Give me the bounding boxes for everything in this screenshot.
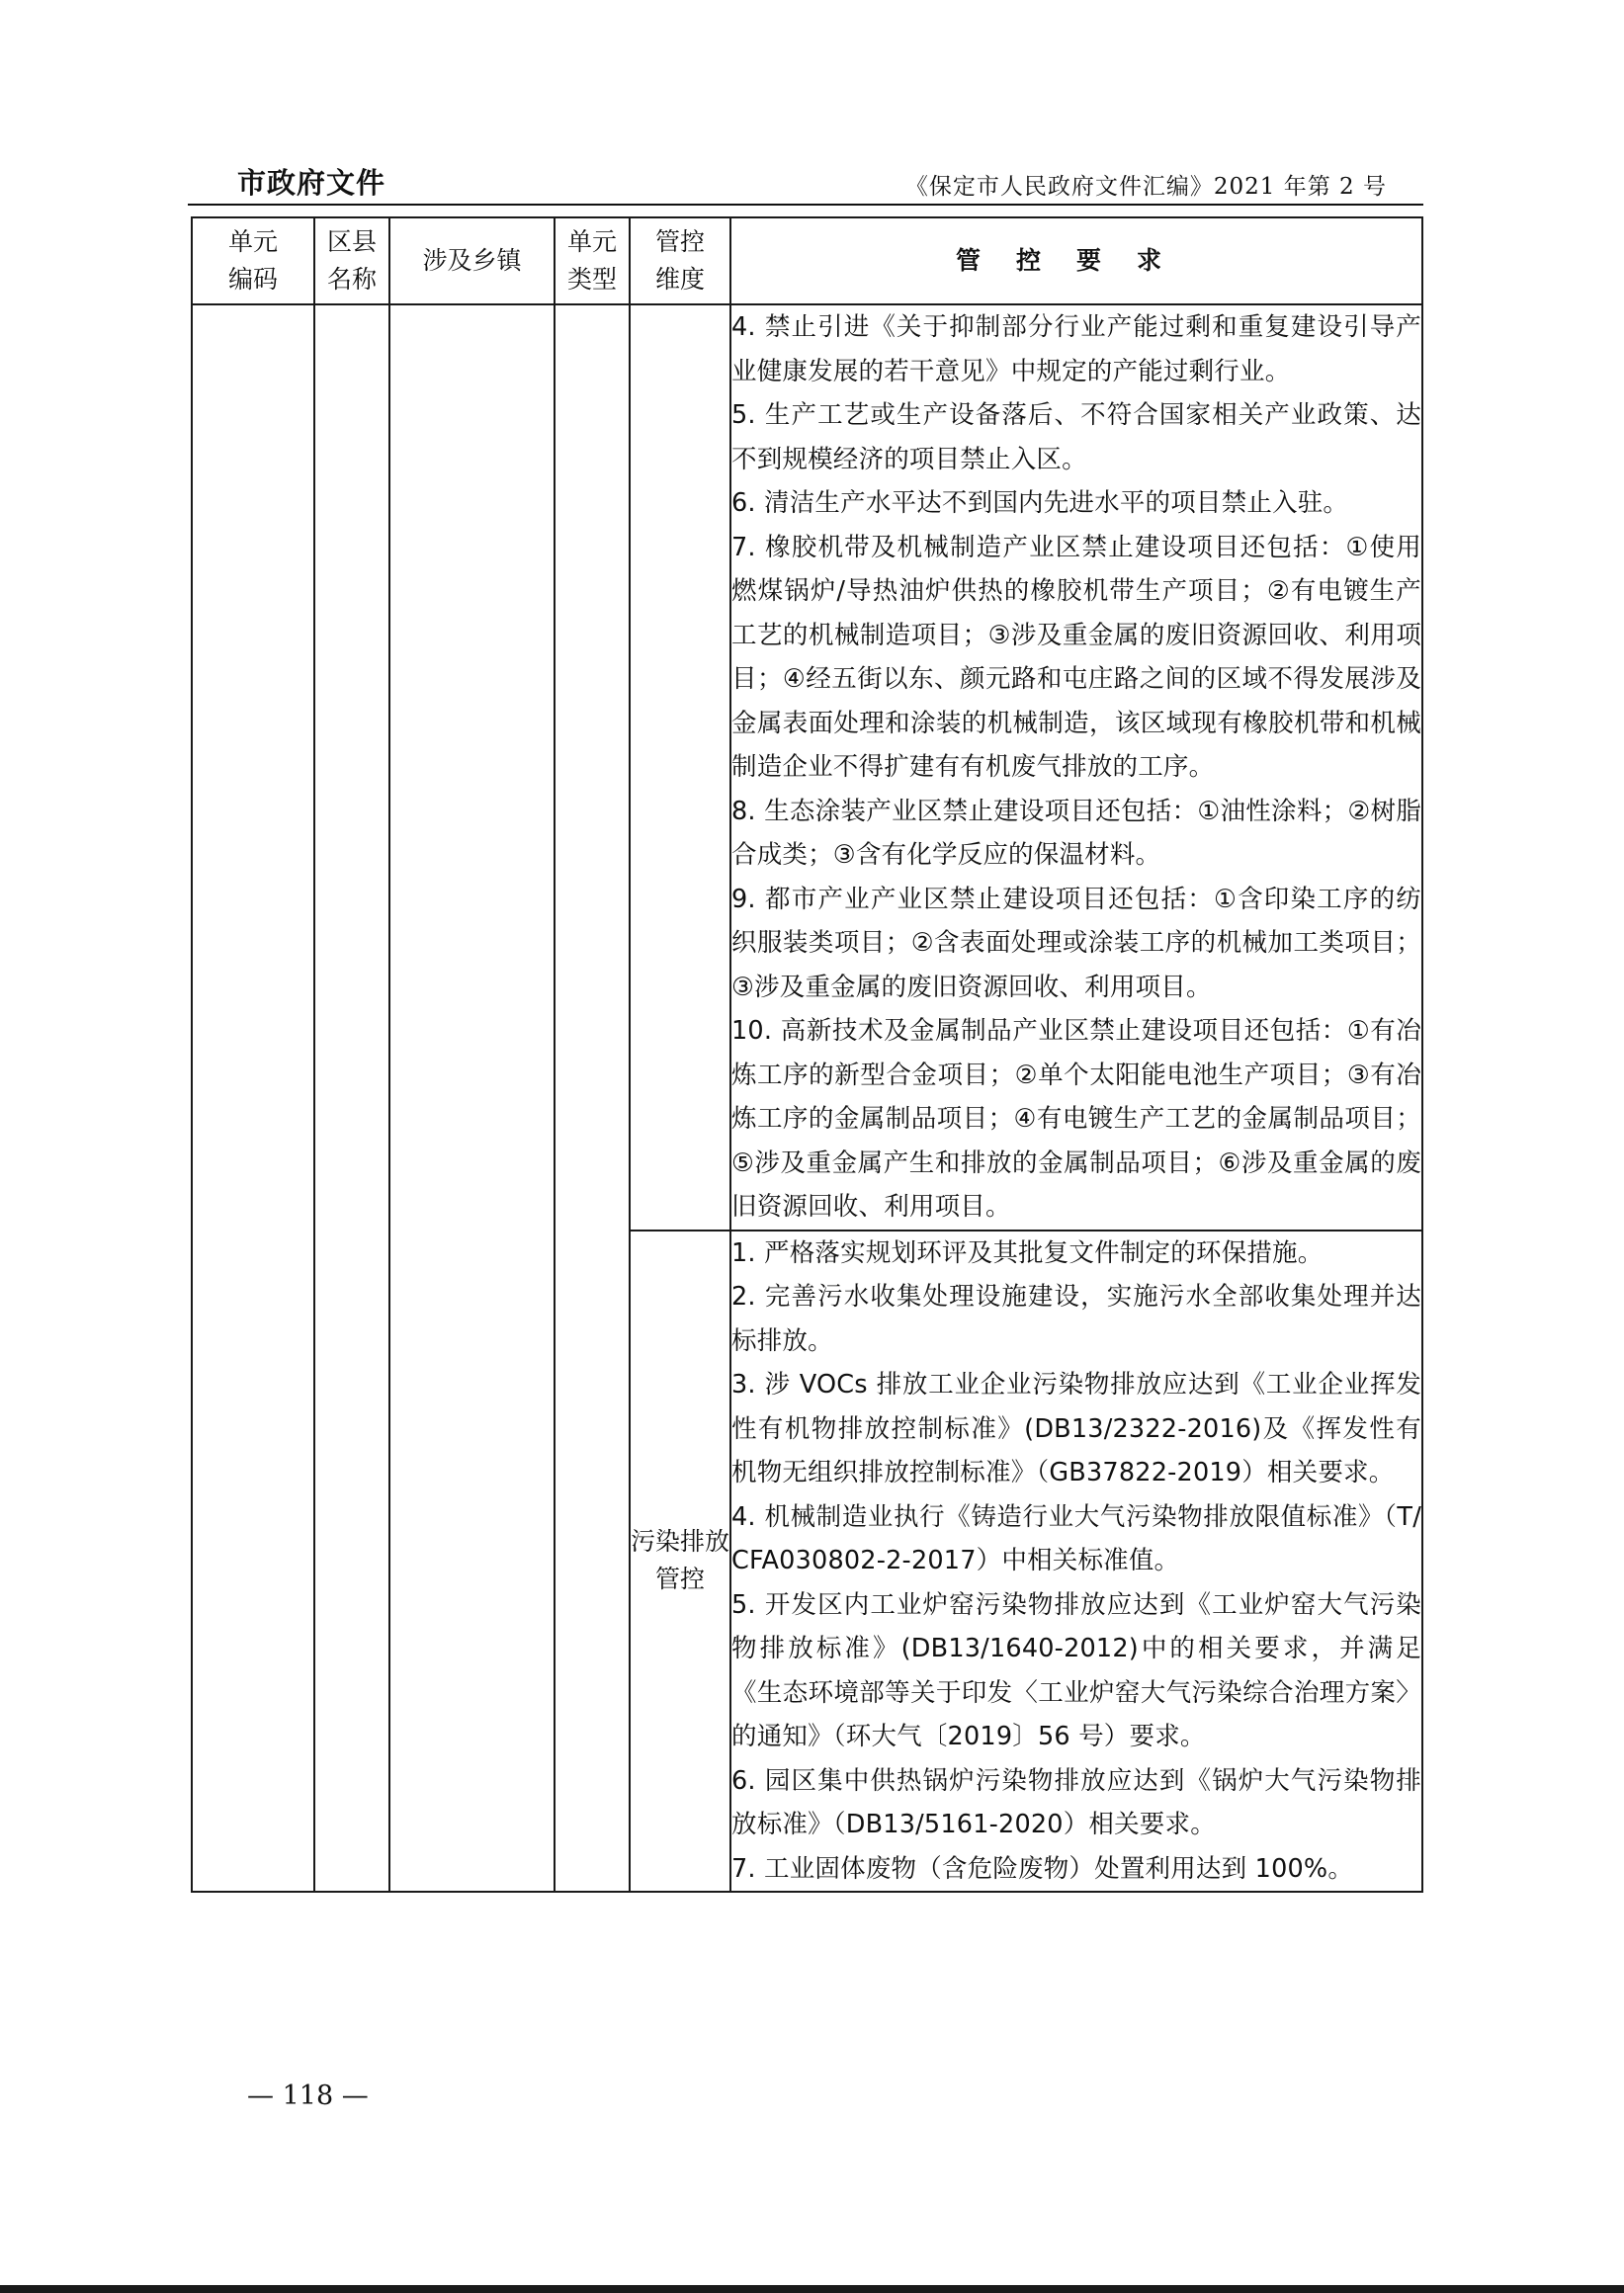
page-number: — 118 — bbox=[247, 2081, 369, 2111]
requirement-item: 3. 涉 VOCs 排放工业企业污染物排放应达到《工业企业挥发性有机物排放控制标… bbox=[731, 1363, 1421, 1495]
requirement-item: 4. 禁止引进《关于抑制部分行业产能过剩和重复建设引导产业健康发展的若干意见》中… bbox=[731, 305, 1421, 393]
publication-title: 《保定市人民政府文件汇编》2021 年第 2 号 bbox=[905, 168, 1387, 201]
county-name-cell bbox=[314, 304, 389, 1892]
column-header-unit-code: 单元 编码 bbox=[192, 217, 314, 304]
header-divider bbox=[188, 204, 1423, 206]
column-header-townships: 涉及乡镇 bbox=[389, 217, 555, 304]
requirements-cell: 1. 严格落实规划环评及其批复文件制定的环保措施。 2. 完善污水收集处理设施建… bbox=[730, 1231, 1422, 1893]
requirement-item: 4. 机械制造业执行《铸造行业大气污染物排放限值标准》（T/CFA030802-… bbox=[731, 1495, 1421, 1583]
column-header-county-name: 区县 名称 bbox=[314, 217, 389, 304]
document-series-label: 市政府文件 bbox=[237, 161, 385, 202]
scan-edge-band bbox=[0, 2285, 1624, 2293]
requirement-item: 6. 园区集中供热锅炉污染物排放应达到《锅炉大气污染物排放标准》（DB13/51… bbox=[731, 1759, 1421, 1847]
column-header-unit-type: 单元 类型 bbox=[555, 217, 630, 304]
table-header-row: 单元 编码 区县 名称 涉及乡镇 单元 类型 管控 维度 管控要求 bbox=[192, 217, 1422, 304]
column-header-control-dimension: 管控 维度 bbox=[630, 217, 730, 304]
unit-code-cell bbox=[192, 304, 314, 1892]
control-dimension-cell bbox=[630, 304, 730, 1231]
requirement-item: 7. 工业固体废物（含危险废物）处置利用达到 100%。 bbox=[731, 1847, 1421, 1892]
requirement-item: 5. 生产工艺或生产设备落后、不符合国家相关产业政策、达不到规模经济的项目禁止入… bbox=[731, 393, 1421, 481]
column-header-control-requirements: 管控要求 bbox=[730, 217, 1422, 304]
unit-type-cell bbox=[555, 304, 630, 1892]
townships-cell bbox=[389, 304, 555, 1892]
requirement-item: 8. 生态涂装产业区禁止建设项目还包括：①油性涂料；②树脂合成类；③含有化学反应… bbox=[731, 790, 1421, 878]
requirement-item: 1. 严格落实规划环评及其批复文件制定的环保措施。 bbox=[731, 1231, 1421, 1276]
table-row: 4. 禁止引进《关于抑制部分行业产能过剩和重复建设引导产业健康发展的若干意见》中… bbox=[192, 304, 1422, 1231]
requirement-item: 2. 完善污水收集处理设施建设，实施污水全部收集处理并达标排放。 bbox=[731, 1275, 1421, 1363]
requirement-item: 9. 都市产业产业区禁止建设项目还包括：①含印染工序的纺织服装类项目；②含表面处… bbox=[731, 878, 1421, 1010]
requirement-item: 5. 开发区内工业炉窑污染物排放应达到《工业炉窑大气污染物排放标准》(DB13/… bbox=[731, 1583, 1421, 1759]
requirement-item: 7. 橡胶机带及机械制造产业区禁止建设项目还包括：①使用燃煤锅炉/导热油炉供热的… bbox=[731, 526, 1421, 790]
control-requirements-table: 单元 编码 区县 名称 涉及乡镇 单元 类型 管控 维度 管控要求 bbox=[191, 216, 1423, 1893]
requirement-item: 10. 高新技术及金属制品产业区禁止建设项目还包括：①有冶炼工序的新型合金项目；… bbox=[731, 1009, 1421, 1230]
requirements-cell: 4. 禁止引进《关于抑制部分行业产能过剩和重复建设引导产业健康发展的若干意见》中… bbox=[730, 304, 1422, 1231]
control-dimension-cell: 污染排放管控 bbox=[630, 1231, 730, 1893]
requirement-item: 6. 清洁生产水平达不到国内先进水平的项目禁止入驻。 bbox=[731, 481, 1421, 526]
